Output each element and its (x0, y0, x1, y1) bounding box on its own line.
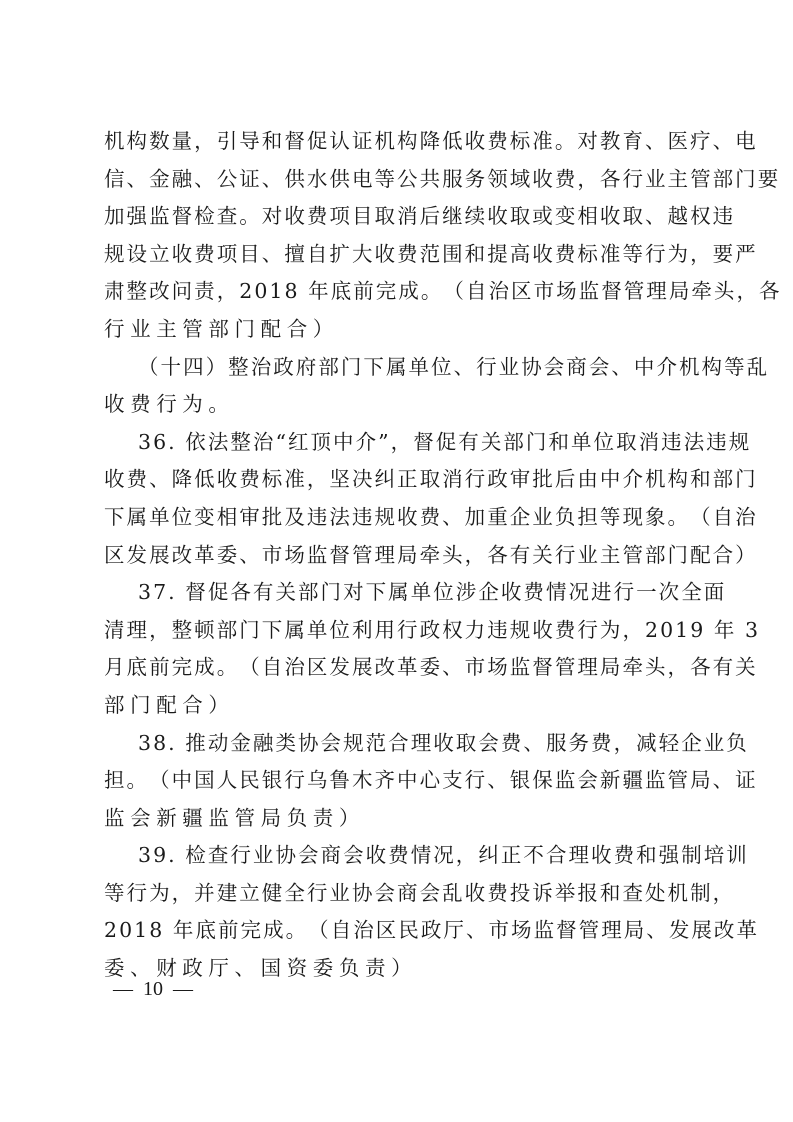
text-line: 3 6 . 依 法 整 治 “ 红 顶 中 介 ” ， 督 促 有 关 部 门 … (104, 424, 691, 462)
section-heading-line: （ 十 四 ） 整 治 政 府 部 门 下 属 单 位 、 行 业 协 会 商 … (104, 349, 691, 387)
paragraph-item-37: 3 7 . 督 促 各 有 关 部 门 对 下 属 单 位 涉 企 收 费 情 … (104, 574, 691, 724)
text-line: 信 、 金 融 、 公 证 、 供 水 供 电 等 公 共 服 务 领 域 收 … (104, 161, 691, 199)
text-line: 担 。 （ 中 国 人 民 银 行 乌 鲁 木 齐 中 心 支 行 、 银 保 … (104, 762, 691, 800)
paragraph-item-39: 3 9 . 检 查 行 业 协 会 商 会 收 费 情 况 ， 纠 正 不 合 … (104, 837, 691, 987)
text-line: 下 属 单 位 变 相 审 批 及 违 法 违 规 收 费 、 加 重 企 业 … (104, 499, 691, 537)
text-line: 清 理 ， 整 顿 部 门 下 属 单 位 利 用 行 政 权 力 违 规 收 … (104, 612, 691, 650)
text-line: 等 行 为 ， 并 建 立 健 全 行 业 协 会 商 会 乱 收 费 投 诉 … (104, 875, 691, 913)
text-line: 3 7 . 督 促 各 有 关 部 门 对 下 属 单 位 涉 企 收 费 情 … (104, 574, 691, 612)
text-line: 机 构 数 量 ， 引 导 和 督 促 认 证 机 构 降 低 收 费 标 准 … (104, 123, 691, 161)
text-line: 收 费 、 降 低 收 费 标 准 ， 坚 决 纠 正 取 消 行 政 审 批 … (104, 461, 691, 499)
text-line: 区 发 展 改 革 委 、 市 场 监 督 管 理 局 牵 头 ， 各 有 关 … (104, 537, 691, 575)
text-line: 加 强 监 督 检 查 。 对 收 费 项 目 取 消 后 继 续 收 取 或 … (104, 198, 691, 236)
text-line: 部门配合） (104, 687, 691, 725)
text-line: 3 9 . 检 查 行 业 协 会 商 会 收 费 情 况 ， 纠 正 不 合 … (104, 837, 691, 875)
text-line: 2 0 1 8 年 底 前 完 成 。 （ 自 治 区 民 政 厅 、 市 场 … (104, 912, 691, 950)
page-number: — 10 — (113, 977, 193, 1001)
text-line: 肃 整 改 问 责 ， 2 0 1 8 年 底 前 完 成 。 （ 自 治 区 … (104, 273, 691, 311)
paragraph-item-36: 3 6 . 依 法 整 治 “ 红 顶 中 介 ” ， 督 促 有 关 部 门 … (104, 424, 691, 574)
document-page: 机 构 数 量 ， 引 导 和 督 促 认 证 机 构 降 低 收 费 标 准 … (104, 123, 691, 988)
text-line: 月 底 前 完 成 。 （ 自 治 区 发 展 改 革 委 、 市 场 监 督 … (104, 649, 691, 687)
text-line: 3 8 . 推 动 金 融 类 协 会 规 范 合 理 收 取 会 费 、 服 … (104, 725, 691, 763)
text-line: 行业主管部门配合） (104, 311, 691, 349)
text-line: 监会新疆监管局负责） (104, 800, 691, 838)
paragraph-item-38: 3 8 . 推 动 金 融 类 协 会 规 范 合 理 收 取 会 费 、 服 … (104, 725, 691, 838)
section-heading-line: 收费行为。 (104, 386, 691, 424)
paragraph-continuation: 机 构 数 量 ， 引 导 和 督 促 认 证 机 构 降 低 收 费 标 准 … (104, 123, 691, 349)
text-line: 规 设 立 收 费 项 目 、 擅 自 扩 大 收 费 范 围 和 提 高 收 … (104, 236, 691, 274)
paragraph-section-14: （ 十 四 ） 整 治 政 府 部 门 下 属 单 位 、 行 业 协 会 商 … (104, 349, 691, 424)
